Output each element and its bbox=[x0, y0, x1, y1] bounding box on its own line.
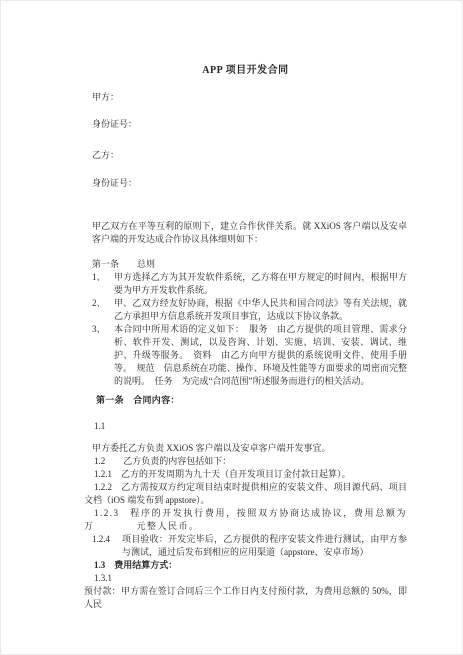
clause-1-2-4-text: 项目验收：开发完毕后，乙方提供的程序安装文件进行测试，由甲方参与测试，通过后发布… bbox=[122, 533, 407, 559]
clause-1-2-1: 1.2.1 乙方的开发周期为九十天（自开发项目订金付款日起算）。 bbox=[84, 468, 407, 481]
contract-content-heading: 第一条 合同内容： bbox=[96, 394, 407, 407]
general-item-1-number: 1、 bbox=[92, 271, 114, 297]
general-item-2-number: 2、 bbox=[92, 297, 114, 323]
clause-1-3: 1.3 费用结算方式： bbox=[84, 559, 407, 572]
party-a-id-label: 身份证号： bbox=[92, 118, 407, 131]
clause-1-1-body: 甲方委托乙方负责 XXiOS 客户端以及安卓客户端开发事宜。 bbox=[92, 442, 407, 455]
general-item-1-text: 甲方选择乙方为其开发软件系统，乙方将在甲方规定的时间内，根据甲方要为甲方开发软件… bbox=[114, 271, 407, 297]
general-item-2: 2、甲、乙双方经友好协商，根据《中华人民共和国合同法》等有关法规，就乙方承担甲方… bbox=[92, 297, 407, 323]
clause-1-2-4: 1.2.4项目验收：开发完毕后，乙方提供的程序安装文件进行测试，由甲方参与测试，… bbox=[92, 533, 407, 559]
clause-1-2: 1.2 乙方负责的内容包括如下： bbox=[84, 455, 407, 468]
general-item-3-number: 3、 bbox=[92, 323, 114, 388]
general-item-1: 1、甲方选择乙方为其开发软件系统，乙方将在甲方规定的时间内，根据甲方要为甲方开发… bbox=[92, 271, 407, 297]
clause-1-3-1: 1.3.1 bbox=[84, 572, 407, 585]
prepayment-paragraph: 预付款：甲方需在签订合同后三个工作日内支付预付款，为费用总额的 50%，即人民 bbox=[84, 585, 407, 611]
doc-title: APP 项目开发合同 bbox=[84, 64, 407, 77]
party-b-label: 乙方： bbox=[92, 149, 407, 162]
intro-paragraph: 甲乙双方在平等互利的原则下，建立合作伙伴关系。就 XXiOS 客户端以及安卓客户… bbox=[92, 220, 407, 246]
general-provisions-heading: 第一条 总则 bbox=[92, 258, 407, 271]
clause-1-1-number: 1.1 bbox=[84, 420, 407, 433]
document-page: APP 项目开发合同甲方：身份证号：乙方：身份证号：甲乙双方在平等互利的原则下，… bbox=[0, 0, 463, 655]
general-item-2-text: 甲、乙双方经友好协商，根据《中华人民共和国合同法》等有关法规，就乙方承担甲方信息… bbox=[114, 297, 407, 323]
clause-1-2-2: 1.2.2 乙方需按双方约定项目结束时提供相应的安装文件、项目源代码、项目文档（… bbox=[84, 481, 407, 507]
party-b-id-label: 身份证号： bbox=[92, 177, 407, 190]
general-item-3: 3、本合同中所用术语的定义如下： 服务 由乙方提供的项目管理、需求分析、软件开发… bbox=[92, 323, 407, 388]
clause-1-2-4-number: 1.2.4 bbox=[92, 533, 122, 559]
party-a-label: 甲方： bbox=[92, 91, 407, 104]
general-item-3-text: 本合同中所用术语的定义如下： 服务 由乙方提供的项目管理、需求分析、软件开发、测… bbox=[114, 323, 407, 388]
clause-1-2-3: 1.2.3 程序的开发执行费用，按照双方协商达成协议，费用总额为 万 元整人民币… bbox=[84, 507, 407, 533]
